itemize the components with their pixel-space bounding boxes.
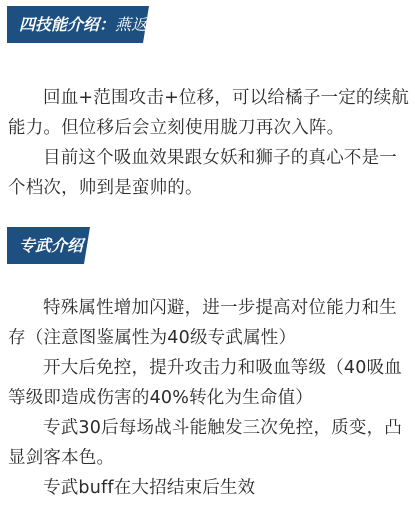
section-header-subtitle: 燕返: [115, 15, 147, 34]
section-header-skill4: 四技能介绍：燕返: [7, 6, 149, 43]
paragraph-lifesteal-comparison: 目前这个吸血效果跟女妖和狮子的真心不是一个档次，帅到是蛮帅的。: [8, 143, 410, 203]
paragraph-skill-effect: 回血+范围攻击+位移，可以给橘子一定的续航能力。但位移后会立刻使用胧刀再次入阵。: [8, 83, 410, 143]
section-header-title: 专武介绍: [19, 236, 83, 255]
paragraph-weapon-attribute: 特殊属性增加闪避，进一步提高对位能力和生存（注意图鉴属性为40级专武属性）: [8, 293, 410, 353]
paragraph-weapon-level30: 专武30后每场战斗能触发三次免控，质变，凸显剑客本色。: [8, 413, 410, 473]
paragraph-weapon-ultimate: 开大后免控，提升攻击力和吸血等级（40吸血等级即造成伤害的40%转化为生命值）: [8, 353, 410, 413]
paragraph-text: 专武buff在大招结束后生效: [43, 478, 255, 498]
paragraph-text: 回血+范围攻击+位移，可以给橘子一定的续航能力。但位移后会立刻使用胧刀再次入阵。: [8, 88, 409, 138]
paragraph-weapon-buff-timing: 专武buff在大招结束后生效: [8, 473, 410, 503]
section-header-exclusive-weapon: 专武介绍: [7, 227, 90, 264]
paragraph-text: 特殊属性增加闪避，进一步提高对位能力和生存（注意图鉴属性为40级专武属性）: [8, 298, 397, 348]
paragraph-text: 专武30后每场战斗能触发三次免控，质变，凸显剑客本色。: [8, 418, 402, 468]
section-header-title: 四技能介绍：: [19, 15, 115, 34]
paragraph-text: 目前这个吸血效果跟女妖和狮子的真心不是一个档次，帅到是蛮帅的。: [8, 148, 397, 198]
paragraph-text: 开大后免控，提升攻击力和吸血等级（40吸血等级即造成伤害的40%转化为生命值）: [8, 358, 402, 408]
